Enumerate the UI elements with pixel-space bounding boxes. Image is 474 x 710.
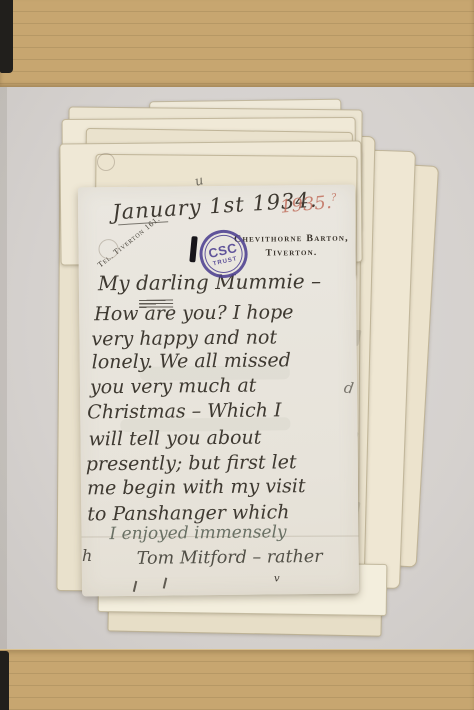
alt-year-annotation: 1935.? [279,191,338,217]
closing-line-2: Tom Mitford – rather [137,547,323,569]
mount-tape-bottom [0,648,474,710]
closing-line-1: I enjoyed immensely [109,522,286,544]
archive-photo: January 1st 1934. 1935.? Tel. Tiverton 1… [0,0,474,710]
pen-tick [133,581,137,592]
letter-page: January 1st 1934. 1935.? Tel. Tiverton 1… [78,185,359,597]
body-line-2: very happy and not [91,326,277,350]
corner-gap-bottom-left [0,651,9,710]
pen-tick [163,577,167,588]
csc-trust-stamp: CSC TRUST [195,225,252,282]
backing-left-shadow [0,87,7,649]
punch-hole-mark [97,153,115,171]
corner-gap-top-left [0,0,13,73]
punch-hole-mark [98,239,118,259]
body-line-7: presently; but first let [86,451,297,475]
bleed-smudge [140,365,290,381]
letterhead-line1: Chevithorne Barton, [228,231,354,247]
body-line-8: me begin with my visit [87,475,306,499]
body-line-1: How are you? I hope [94,301,294,325]
bleed-smudge [120,417,290,432]
mount-tape-top [0,0,474,88]
small-check-mark: v [274,573,280,584]
stray-mark-left: h [82,546,92,565]
